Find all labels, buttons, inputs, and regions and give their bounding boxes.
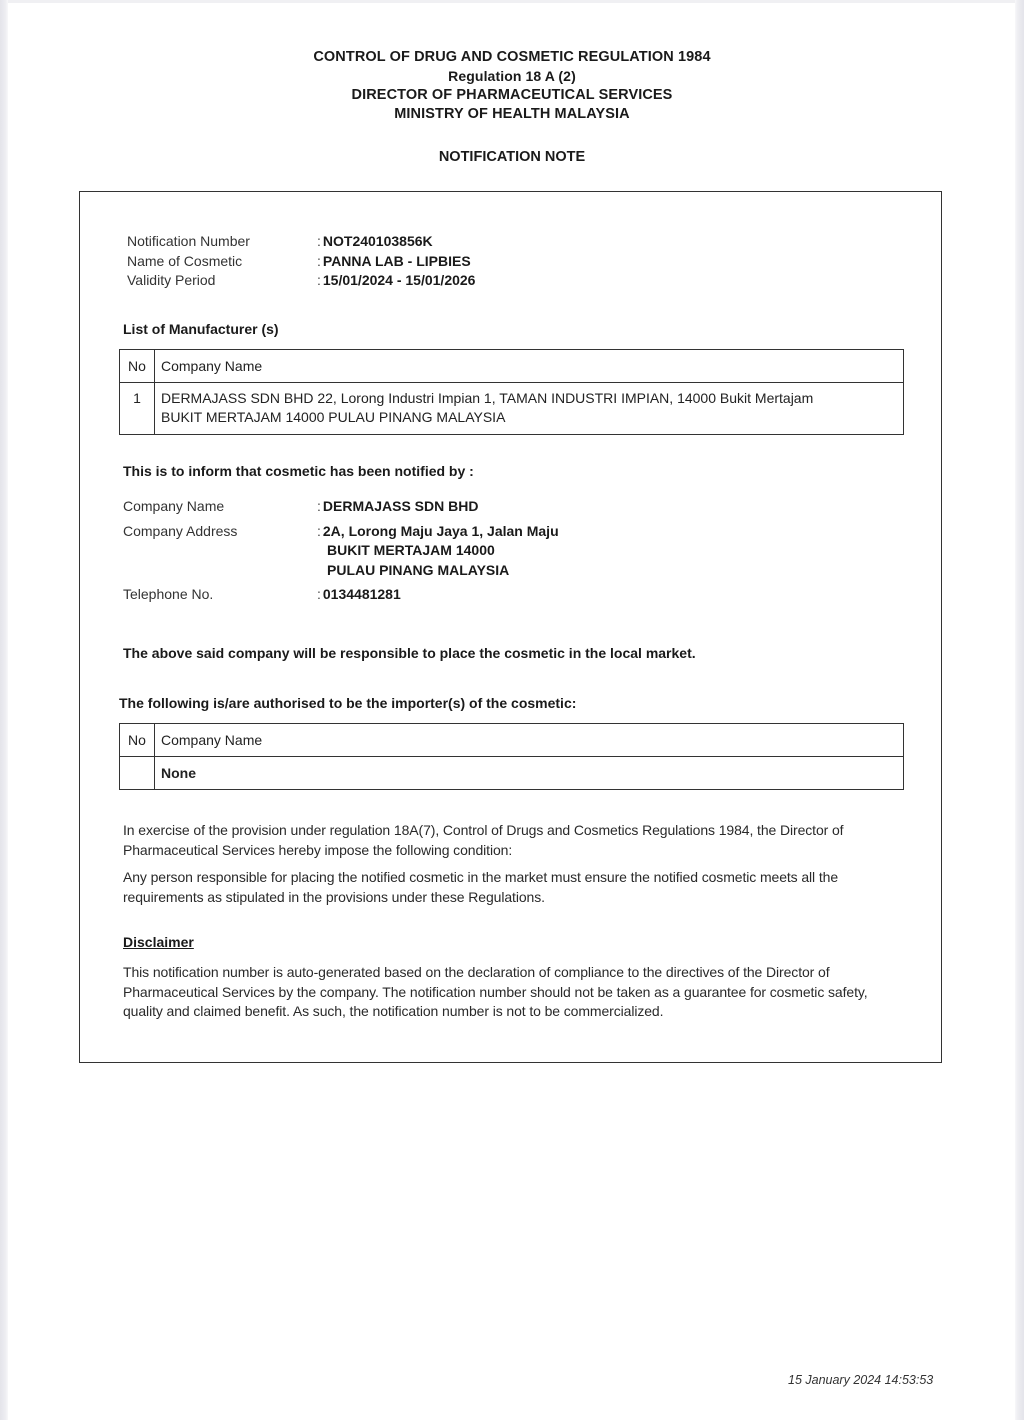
page-title: NOTIFICATION NOTE [0,149,1024,165]
document-header: CONTROL OF DRUG AND COSMETIC REGULATION … [0,48,1024,124]
notification-number-value: NOT240103856K [323,233,433,249]
company-name-label: Company Name [123,497,317,517]
manufacturer-company: DERMAJASS SDN BHD 22, Lorong Industri Im… [155,383,904,435]
company-address-label: Company Address [123,522,317,581]
column-header-no: No [120,724,155,757]
notifier-heading: This is to inform that cosmetic has been… [123,463,474,479]
validity-period-value: 15/01/2024 - 15/01/2026 [323,272,476,288]
company-name-value: DERMAJASS SDN BHD [323,498,479,514]
notification-details: Notification Number :NOT240103856K Name … [127,232,475,291]
disclaimer-heading: Disclaimer [123,934,194,950]
column-header-no: No [120,350,155,383]
importers-table: No Company Name None [119,723,904,790]
generated-timestamp: 15 January 2024 14:53:53 [788,1373,933,1387]
colon: : [317,233,321,249]
company-address-row: Company Address :2A, Lorong Maju Jaya 1,… [123,522,559,581]
company-name-row: Company Name :DERMAJASS SDN BHD [123,497,559,517]
notifier-details: Company Name :DERMAJASS SDN BHD Company … [123,497,559,605]
header-director: DIRECTOR OF PHARMACEUTICAL SERVICES [0,86,1024,105]
colon: : [317,498,321,514]
table-header-row: No Company Name [120,724,904,757]
cosmetic-name-row: Name of Cosmetic :PANNA LAB - LIPBIES [127,252,475,272]
disclaimer-text: This notification number is auto-generat… [123,963,908,1022]
colon: : [317,253,321,269]
header-ministry: MINISTRY OF HEALTH MALAYSIA [0,105,1024,124]
address-line-3: PULAU PINANG MALAYSIA [317,561,559,581]
telephone-label: Telephone No. [123,585,317,605]
manufacturers-table: No Company Name 1 DERMAJASS SDN BHD 22, … [119,349,904,435]
cosmetic-name-label: Name of Cosmetic [127,252,317,272]
notification-number-label: Notification Number [127,232,317,252]
telephone-value: 0134481281 [323,586,401,602]
condition-paragraph: In exercise of the provision under regul… [123,821,908,860]
importers-heading: The following is/are authorised to be th… [119,695,576,711]
notification-number-row: Notification Number :NOT240103856K [127,232,475,252]
header-regulation-number: Regulation 18 A (2) [0,67,1024,86]
page-left-edge [0,0,8,1420]
table-row: None [120,757,904,790]
importer-no [120,757,155,790]
header-regulation-title: CONTROL OF DRUG AND COSMETIC REGULATION … [0,48,1024,67]
responsibility-statement: The above said company will be responsib… [123,645,696,661]
colon: : [317,586,321,602]
address-line-2: BUKIT MERTAJAM 14000 [317,541,559,561]
page-right-edge [1015,0,1024,1420]
telephone-row: Telephone No. :0134481281 [123,585,559,605]
validity-period-label: Validity Period [127,271,317,291]
colon: : [317,272,321,288]
manufacturer-address-line2: BUKIT MERTAJAM 14000 PULAU PINANG MALAYS… [161,408,897,427]
manufacturer-address-line1: DERMAJASS SDN BHD 22, Lorong Industri Im… [161,389,897,408]
address-line-1: 2A, Lorong Maju Jaya 1, Jalan Maju [323,523,559,539]
column-header-company-name: Company Name [155,350,904,383]
condition-requirement-paragraph: Any person responsible for placing the n… [123,868,908,907]
cosmetic-name-value: PANNA LAB - LIPBIES [323,253,471,269]
importer-company-name: None [155,757,904,790]
manufacturers-heading: List of Manufacturer (s) [123,321,279,337]
validity-period-row: Validity Period :15/01/2024 - 15/01/2026 [127,271,475,291]
table-row: 1 DERMAJASS SDN BHD 22, Lorong Industri … [120,383,904,435]
table-header-row: No Company Name [120,350,904,383]
colon: : [317,523,321,539]
column-header-company-name: Company Name [155,724,904,757]
page-top-edge [0,0,1024,3]
manufacturer-no: 1 [120,383,155,435]
